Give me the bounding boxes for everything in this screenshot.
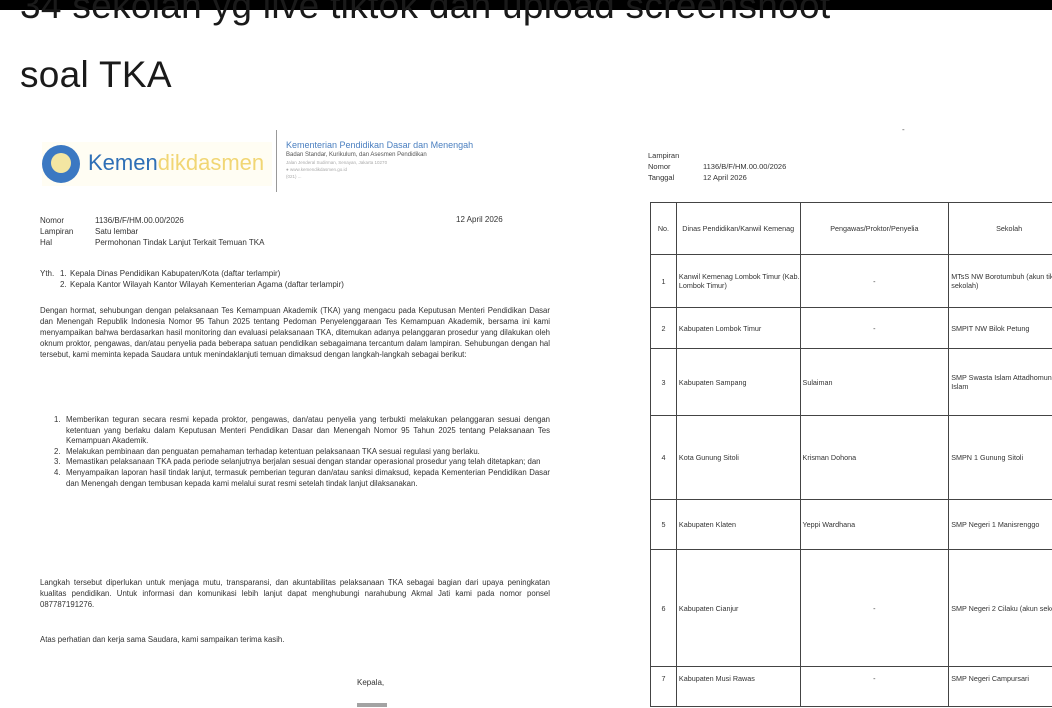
institution-address: Jalan Jenderal Sudirman, Senayan, Jakart… [286, 160, 560, 165]
official-letter-image: Kemendikdasmen Kementerian Pendidikan Da… [30, 120, 560, 708]
tut-wuri-handayani-emblem-icon [42, 145, 80, 183]
letter-paragraph-1: Dengan hormat, sehubungan dengan pelaksa… [40, 305, 550, 360]
list-item: 4.Menyampaikan laporan hasil tindak lanj… [54, 468, 550, 489]
attachment-image: - Lampiran Nomor1136/B/F/HM.00.00/2026 T… [612, 100, 1052, 708]
table-row: 2 Kabupaten Lombok Timur - SMPIT NW Bilo… [651, 308, 1052, 349]
letterhead-institution: Kementerian Pendidikan Dasar dan Menenga… [286, 140, 560, 179]
attachment-date: 12 April 2026 [703, 172, 747, 183]
page-dash: - [902, 125, 905, 134]
table-header-row: No. Dinas Pendidikan/Kanwil Kemenag Peng… [651, 203, 1052, 255]
letter-attachment: Satu lembar [95, 226, 138, 237]
list-item: 1.Memberikan teguran secara resmi kepada… [54, 415, 550, 447]
table-row: 7 Kabupaten Musi Rawas - SMP Negeri Camp… [651, 667, 1052, 707]
letter-recipients: Yth.1.Kepala Dinas Pendidikan Kabupaten/… [40, 268, 344, 290]
signature-name-redacted [357, 703, 387, 707]
list-item: 2.Melakukan pembinaan dan penguatan pema… [54, 447, 550, 458]
logo-wordmark: Kemendikdasmen [88, 150, 264, 176]
letter-meta: Nomor1136/B/F/HM.00.00/2026 LampiranSatu… [40, 215, 264, 248]
kemendikdasmen-logo: Kemendikdasmen [42, 142, 272, 186]
letter-subject: Permohonan Tindak Lanjut Terkait Temuan … [95, 237, 264, 248]
violations-table: No. Dinas Pendidikan/Kanwil Kemenag Peng… [650, 202, 1052, 707]
signature-title: Kepala, [357, 678, 384, 687]
table-row: 6 Kabupaten Cianjur - SMP Negeri 2 Cilak… [651, 550, 1052, 667]
post-headline-line-2: soal TKA [20, 56, 172, 93]
agency-name: Badan Standar, Kurikulum, dan Asesmen Pe… [286, 152, 560, 158]
letter-steps-list: 1.Memberikan teguran secara resmi kepada… [54, 415, 550, 489]
post-headline-line-1: 34 sekolah yg live tiktok dan upload scr… [20, 0, 830, 24]
table-row: 4 Kota Gunung Sitoli Krisman Dohona SMPN… [651, 416, 1052, 500]
letter-date: 12 April 2026 [456, 215, 503, 224]
table-row: 1 Kanwil Kemenag Lombok Timur (Kab. Lomb… [651, 255, 1052, 308]
table-row: 3 Kabupaten Sampang Sulaiman SMP Swasta … [651, 349, 1052, 416]
institution-name: Kementerian Pendidikan Dasar dan Menenga… [286, 140, 560, 150]
list-item: 3.Memastikan pelaksanaan TKA pada period… [54, 457, 550, 468]
letter-paragraph-3: Atas perhatian dan kerja sama Saudara, k… [40, 634, 550, 645]
attachment-number: 1136/B/F/HM.00.00/2026 [703, 161, 786, 172]
letter-paragraph-2: Langkah tersebut diperlukan untuk menjag… [40, 577, 550, 610]
table-row: 5 Kabupaten Klaten Yeppi Wardhana SMP Ne… [651, 500, 1052, 550]
institution-phone: (021) ... [286, 174, 560, 179]
attachment-meta: Lampiran Nomor1136/B/F/HM.00.00/2026 Tan… [648, 150, 786, 183]
letter-number: 1136/B/F/HM.00.00/2026 [95, 215, 184, 226]
letterhead-divider [276, 130, 277, 192]
institution-website: ● www.kemendikdasmen.go.id [286, 167, 560, 172]
